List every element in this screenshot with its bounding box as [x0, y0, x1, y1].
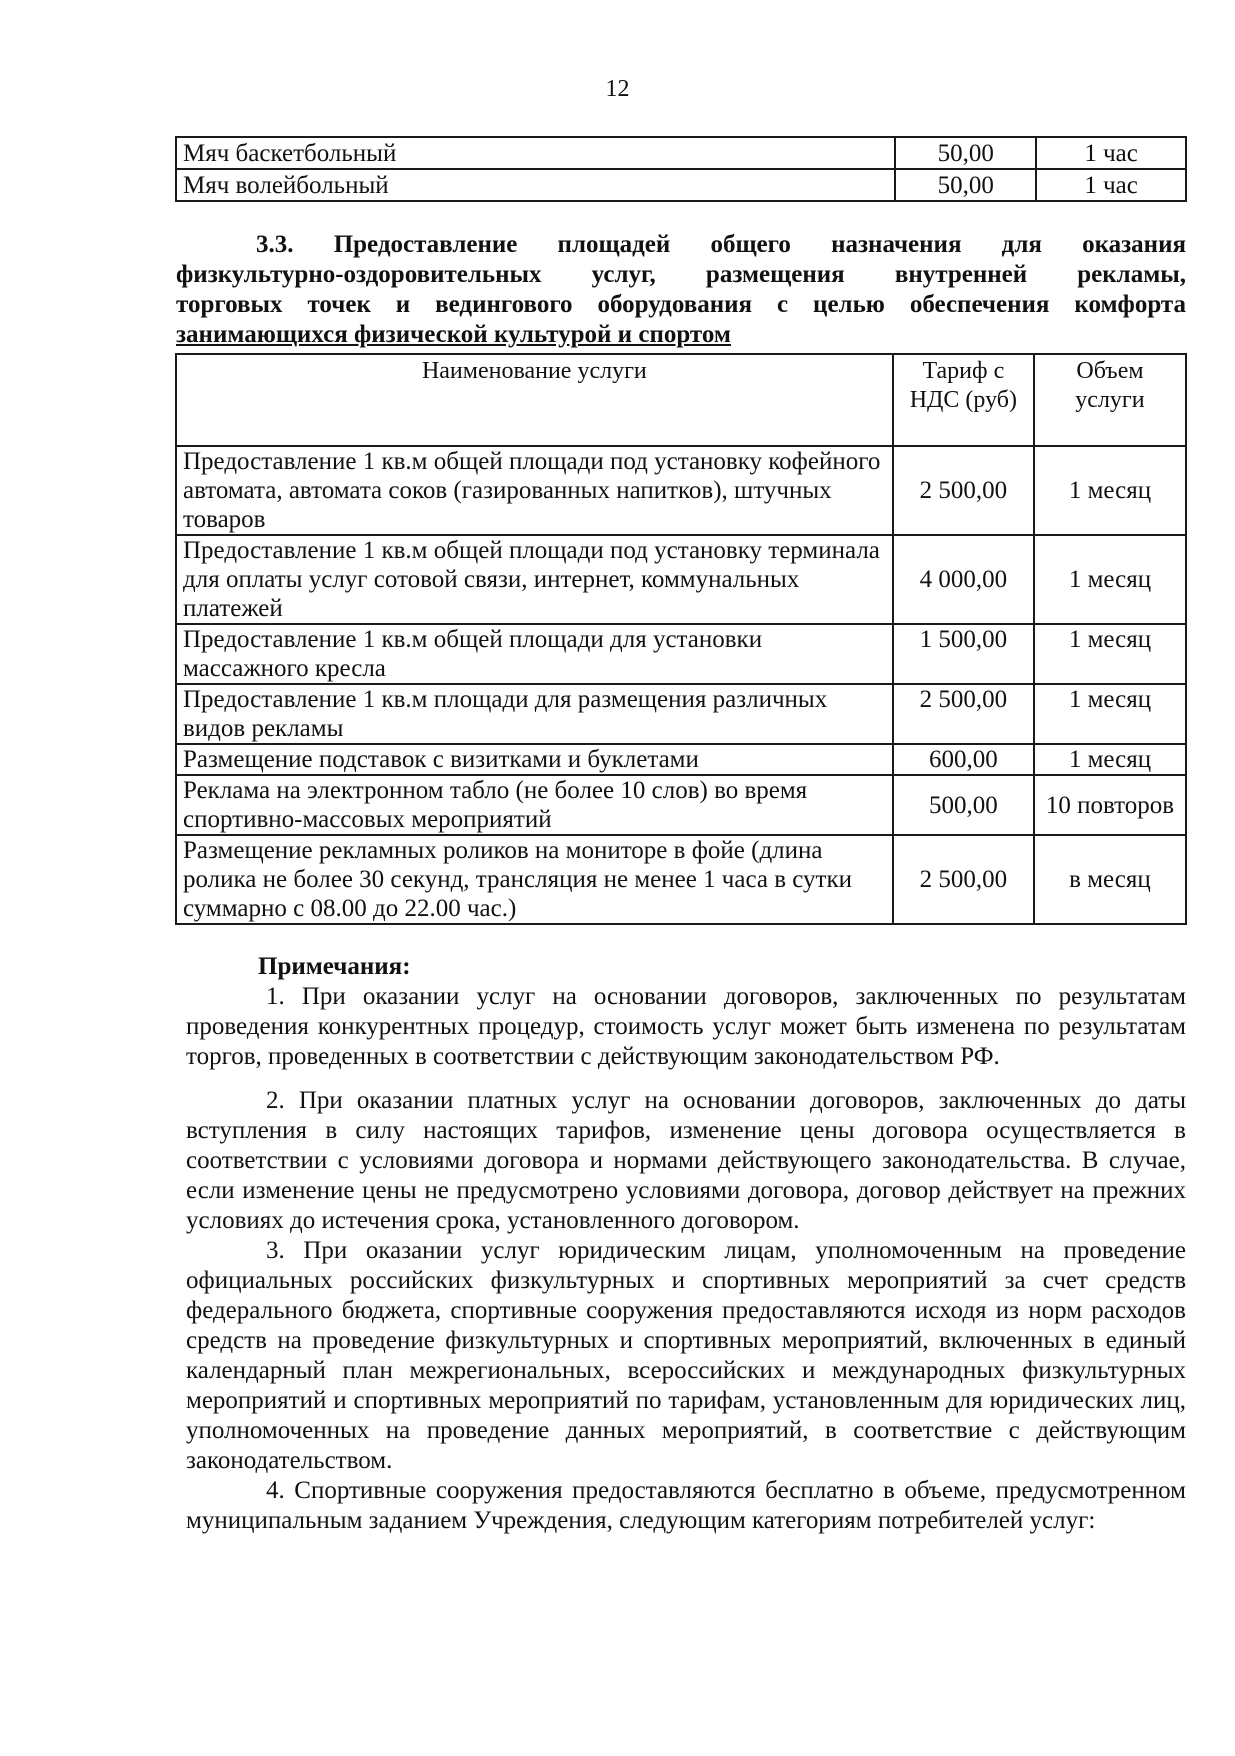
volume-cell: 10 повторов — [1034, 775, 1186, 835]
volume-cell: 1 месяц — [1034, 684, 1186, 744]
table-row: Предоставление 1 кв.м общей площади под … — [176, 535, 1186, 624]
volume-cell: 1 месяц — [1034, 744, 1186, 775]
volume-cell: 1 час — [1036, 169, 1186, 201]
table-row: Реклама на электронном табло (не более 1… — [176, 775, 1186, 835]
service-name-cell: Предоставление 1 кв.м общей площади для … — [176, 624, 893, 684]
service-name-cell: Мяч волейбольный — [176, 169, 895, 201]
notes-title: Примечания: — [186, 952, 1186, 982]
service-name-cell: Размещение подставок с визитками и букле… — [176, 744, 893, 775]
service-name-cell: Предоставление 1 кв.м площади для размещ… — [176, 684, 893, 744]
service-name-cell: Предоставление 1 кв.м общей площади под … — [176, 446, 893, 535]
note-item: 4. Спортивные сооружения предоставляются… — [186, 1476, 1186, 1536]
table-row: Размещение подставок с визитками и букле… — [176, 744, 1186, 775]
volume-cell: 1 час — [1036, 137, 1186, 169]
section-heading-line: занимающихся физической культурой и спор… — [176, 320, 1186, 350]
price-cell: 1 500,00 — [893, 624, 1034, 684]
area-rental-tariff-table: Наименование услуги Тариф с НДС (руб) Об… — [175, 353, 1187, 925]
table-row: Предоставление 1 кв.м общей площади под … — [176, 446, 1186, 535]
price-cell: 2 500,00 — [893, 446, 1034, 535]
volume-cell: 1 месяц — [1034, 535, 1186, 624]
section-heading: 3.3. Предоставление площадей общего назн… — [176, 230, 1186, 350]
notes-section: Примечания: 1. При оказании услуг на осн… — [186, 952, 1186, 1536]
page-number: 12 — [0, 76, 1235, 103]
section-heading-line: 3.3. Предоставление площадей общего назн… — [176, 230, 1186, 260]
price-cell: 600,00 — [893, 744, 1034, 775]
volume-cell: в месяц — [1034, 835, 1186, 924]
service-name-cell: Размещение рекламных роликов на мониторе… — [176, 835, 893, 924]
service-name-cell: Предоставление 1 кв.м общей площади под … — [176, 535, 893, 624]
price-cell: 2 500,00 — [893, 684, 1034, 744]
table-row: Мяч волейбольный 50,00 1 час — [176, 169, 1186, 201]
note-item: 1. При оказании услуг на основании догов… — [186, 982, 1186, 1072]
section-heading-line: торговых точек и ведингового оборудовани… — [176, 290, 1186, 320]
note-item: 2. При оказании платных услуг на основан… — [186, 1086, 1186, 1236]
section-heading-line: физкультурно-оздоровительных услуг, разм… — [176, 260, 1186, 290]
header-price: Тариф с НДС (руб) — [893, 354, 1034, 446]
volume-cell: 1 месяц — [1034, 446, 1186, 535]
table-row: Мяч баскетбольный 50,00 1 час — [176, 137, 1186, 169]
price-cell: 2 500,00 — [893, 835, 1034, 924]
header-volume: Объем услуги — [1034, 354, 1186, 446]
price-cell: 500,00 — [893, 775, 1034, 835]
table-row: Размещение рекламных роликов на мониторе… — [176, 835, 1186, 924]
equipment-tariff-table: Мяч баскетбольный 50,00 1 час Мяч волейб… — [175, 136, 1187, 202]
volume-cell: 1 месяц — [1034, 624, 1186, 684]
header-service-name: Наименование услуги — [176, 354, 893, 446]
service-name-cell: Реклама на электронном табло (не более 1… — [176, 775, 893, 835]
table-row: Предоставление 1 кв.м общей площади для … — [176, 624, 1186, 684]
service-name-cell: Мяч баскетбольный — [176, 137, 895, 169]
table-header-row: Наименование услуги Тариф с НДС (руб) Об… — [176, 354, 1186, 446]
note-item: 3. При оказании услуг юридическим лицам,… — [186, 1236, 1186, 1476]
price-cell: 50,00 — [895, 169, 1036, 201]
price-cell: 50,00 — [895, 137, 1036, 169]
table-row: Предоставление 1 кв.м площади для размещ… — [176, 684, 1186, 744]
price-cell: 4 000,00 — [893, 535, 1034, 624]
